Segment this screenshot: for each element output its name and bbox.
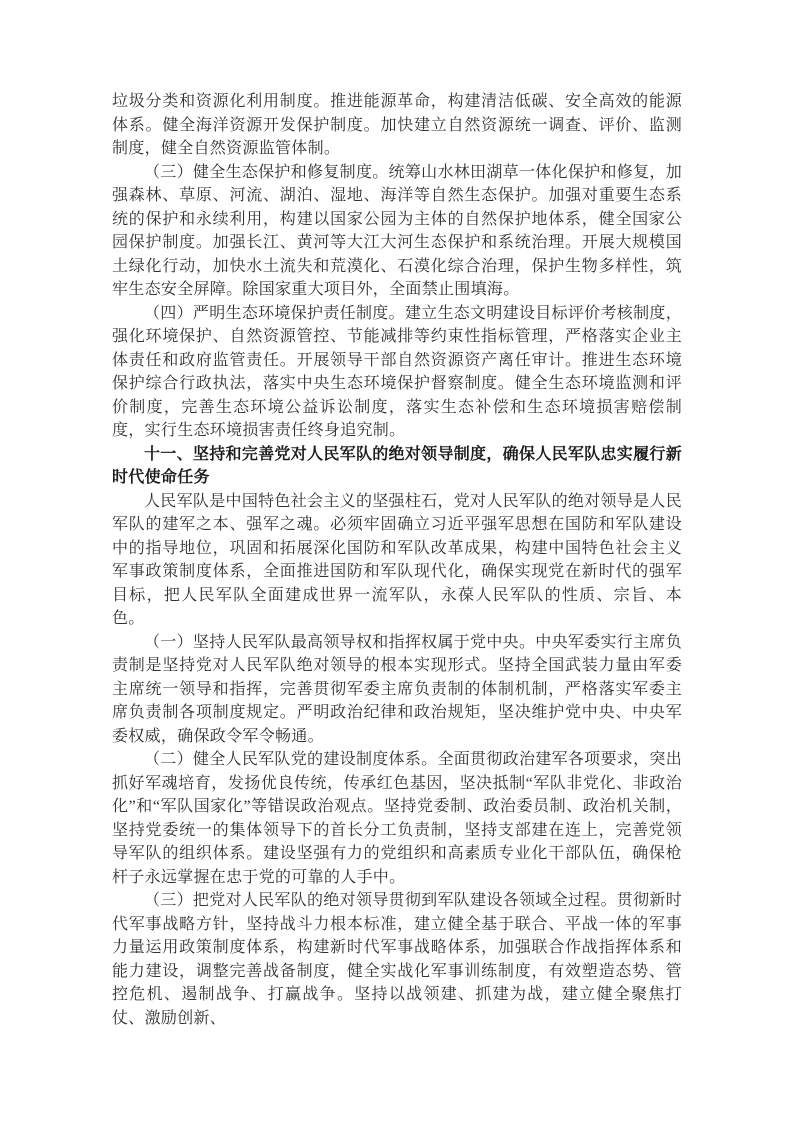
paragraph: 人民军队是中国特色社会主义的坚强柱石，党对人民军队的绝对领导是人民军队的建军之本… — [112, 490, 682, 631]
paragraph: （三）把党对人民军队的绝对领导贯彻到军队建设各领域全过程。贯彻新时代军事战略方针… — [112, 889, 682, 1030]
paragraph: （一）坚持人民军队最高领导权和指挥权属于党中央。中央军委实行主席负责制是坚持党对… — [112, 631, 682, 749]
text-content: 垃圾分类和资源化利用制度。推进能源革命，构建清洁低碳、安全高效的能源体系。健全海… — [112, 90, 682, 1030]
section-heading: 十一、坚持和完善党对人民军队的绝对领导制度，确保人民军队忠实履行新时代使命任务 — [112, 443, 682, 490]
paragraph: 垃圾分类和资源化利用制度。推进能源革命，构建清洁低碳、安全高效的能源体系。健全海… — [112, 90, 682, 161]
paragraph: （三）健全生态保护和修复制度。统筹山水林田湖草一体化保护和修复，加强森林、草原、… — [112, 161, 682, 302]
document-page: 垃圾分类和资源化利用制度。推进能源革命，构建清洁低碳、安全高效的能源体系。健全海… — [0, 0, 793, 1122]
paragraph: （四）严明生态环境保护责任制度。建立生态文明建设目标评价考核制度，强化环境保护、… — [112, 302, 682, 443]
paragraph: （二）健全人民军队党的建设制度体系。全面贯彻政治建军各项要求，突出抓好军魂培育，… — [112, 748, 682, 889]
